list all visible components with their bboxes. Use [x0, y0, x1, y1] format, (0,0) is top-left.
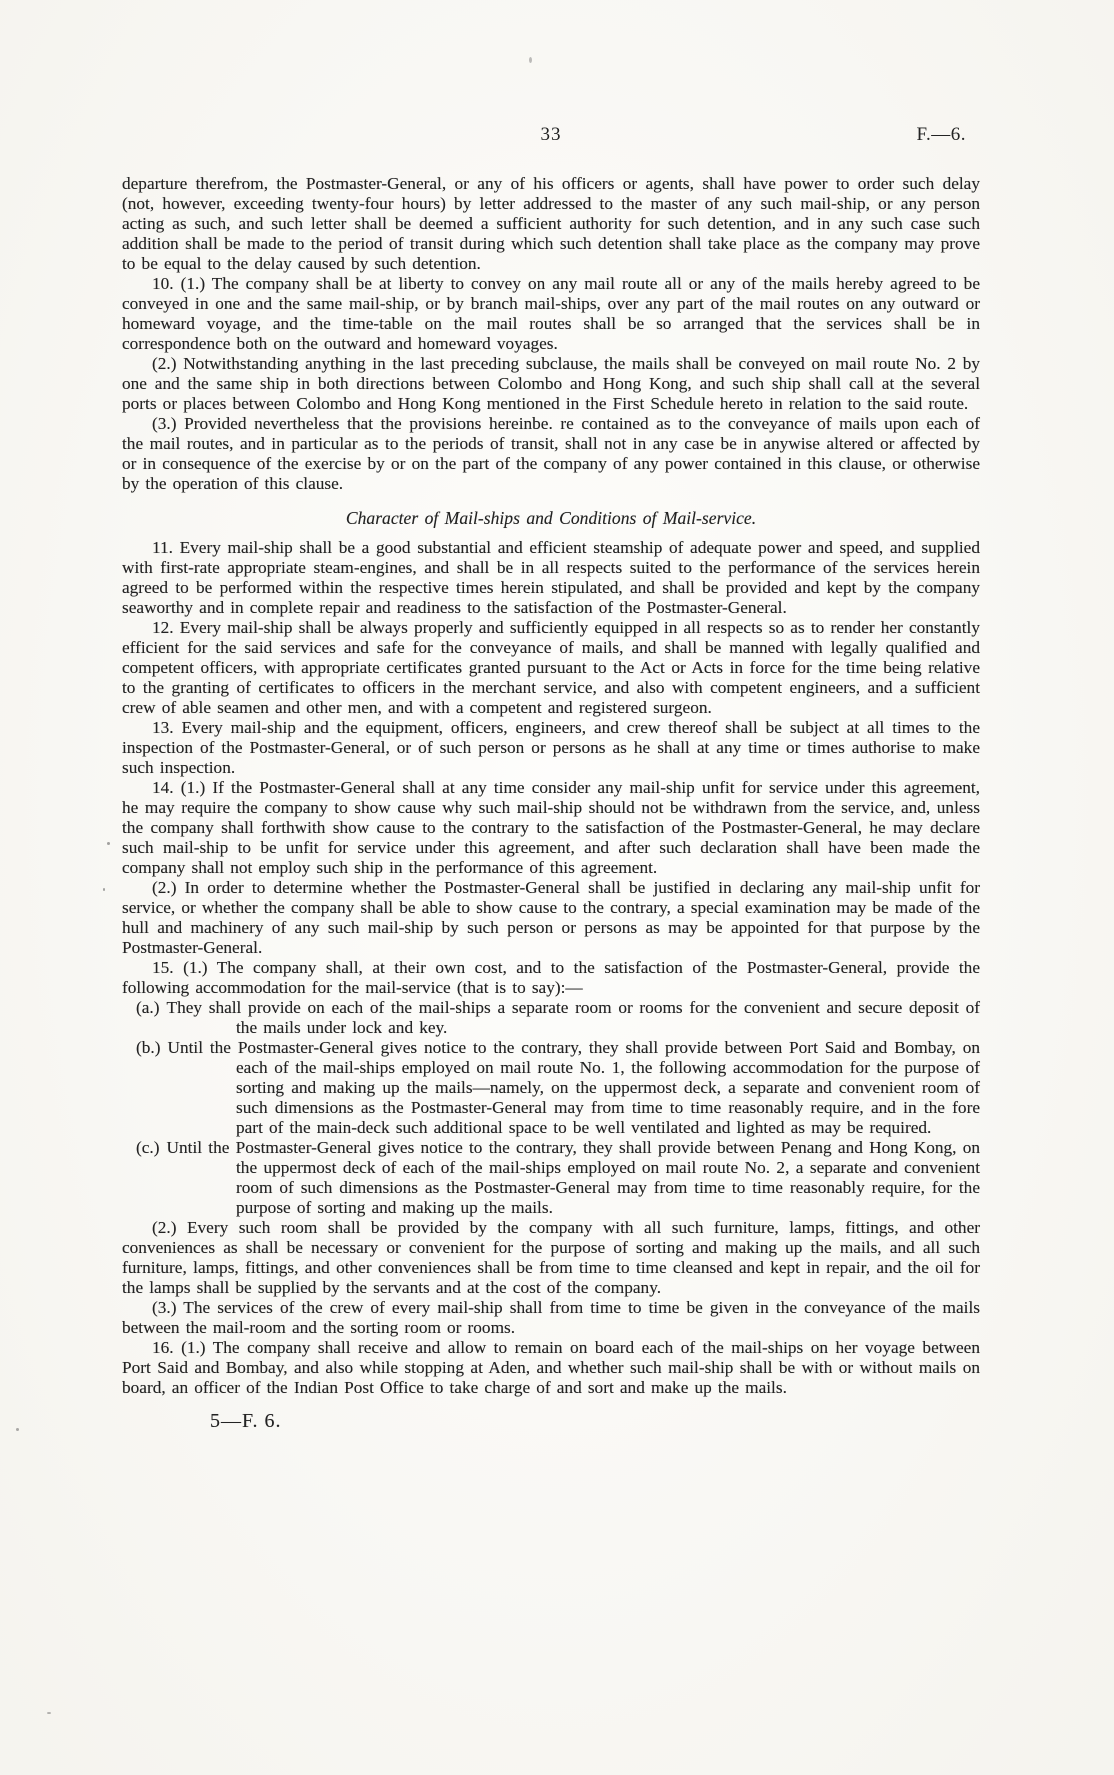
- scan-artifact: [529, 57, 532, 63]
- scan-artifact: [16, 1428, 19, 1431]
- list-item-text: Until the Postmaster-General gives notic…: [167, 1138, 980, 1217]
- clause-10-2: (2.) Notwithstanding anything in the las…: [122, 354, 980, 414]
- list-item-label: (c.): [136, 1138, 160, 1157]
- scan-artifact: [103, 888, 105, 891]
- scan-artifact: [47, 1712, 51, 1714]
- document-body: departure therefrom, the Postmaster-Gene…: [122, 174, 980, 1398]
- clause-10-1: 10. (1.) The company shall be at liberty…: [122, 274, 980, 354]
- scan-artifact: [107, 842, 110, 845]
- clause-11: 11. Every mail-ship shall be a good subs…: [122, 538, 980, 618]
- scanned-document-page: 33 F.—6. departure therefrom, the Postma…: [0, 0, 1114, 1775]
- clause-15-1: 15. (1.) The company shall, at their own…: [122, 958, 980, 998]
- list-item-label: (a.): [136, 998, 160, 1017]
- page-footer: 5—F. 6.: [210, 1410, 1114, 1433]
- clause-15-2: (2.) Every such room shall be provided b…: [122, 1218, 980, 1298]
- clause-14-2: (2.) In order to determine whether the P…: [122, 878, 980, 958]
- clause-15-3: (3.) The services of the crew of every m…: [122, 1298, 980, 1338]
- list-item-text: Until the Postmaster-General gives notic…: [167, 1038, 980, 1137]
- clause-14-1: 14. (1.) If the Postmaster-General shall…: [122, 778, 980, 878]
- clause-15-1a: (a.)They shall provide on each of the ma…: [122, 998, 980, 1038]
- document-reference: F.—6.: [916, 124, 966, 146]
- clause-13: 13. Every mail-ship and the equipment, o…: [122, 718, 980, 778]
- clause-continuation: departure therefrom, the Postmaster-Gene…: [122, 174, 980, 274]
- list-item-text: They shall provide on each of the mail-s…: [167, 998, 980, 1037]
- clause-15-1b: (b.)Until the Postmaster-General gives n…: [122, 1038, 980, 1138]
- clause-10-3: (3.) Provided nevertheless that the prov…: [122, 414, 980, 494]
- clause-15-1c: (c.)Until the Postmaster-General gives n…: [122, 1138, 980, 1218]
- page-header: 33 F.—6.: [122, 124, 980, 150]
- imprint: 5—F. 6.: [210, 1410, 282, 1432]
- clause-16-1: 16. (1.) The company shall receive and a…: [122, 1338, 980, 1398]
- page-number: 33: [122, 124, 980, 146]
- clause-12: 12. Every mail-ship shall be always prop…: [122, 618, 980, 718]
- list-item-label: (b.): [136, 1038, 160, 1057]
- section-heading: Character of Mail-ships and Conditions o…: [122, 508, 980, 528]
